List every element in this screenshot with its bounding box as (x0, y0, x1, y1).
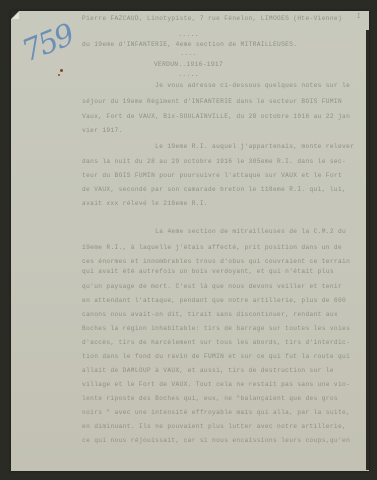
text-line: ces énormes et innombrables trous d'obus… (82, 258, 350, 266)
document-title: VERDUN..1916-1917 (0, 61, 377, 69)
unit-line: du 19eme d'INFANTERIE, 4eme section de M… (82, 41, 297, 49)
page-number: I (357, 13, 361, 20)
text-line: d'accès, tirs de harcèlement sur tous le… (82, 339, 350, 347)
text-line: de VAUX, secondé par son camarade breton… (82, 186, 346, 194)
text-line: Le 19eme R.I. auquel j'appartenais, mont… (82, 143, 354, 151)
text-line: teur du BOIS FUMIN pour poursuivre l'att… (82, 172, 342, 180)
text-line: 19eme R.I., à laquelle j'étais affecté, … (82, 244, 342, 252)
author-line: Pierre FAZCAUD, Linotypiste, 7 rue Fénel… (82, 15, 342, 23)
text-line: ce qui nous réjouissait, car si nous enc… (82, 437, 350, 445)
separator: ..... (0, 71, 377, 79)
text-line: tion dans le fond du ravin de FUMIN et s… (82, 353, 350, 361)
folded-corner (12, 12, 19, 19)
separator: ..... (0, 31, 377, 39)
text-line: canons nous avait-on dit, tirait sans di… (82, 311, 338, 319)
page-edge-shadow (366, 30, 369, 470)
text-line: allait de DAMLOUP à VAUX, et aussi, tirs… (82, 367, 334, 375)
text-line: Vaux, Fort de VAUX, Bix-SOULAINVILLE, du… (82, 113, 350, 121)
text-line: avait xxx rélevé le 218eme R.I. (82, 200, 208, 208)
text-line: qui avait été autrefois un bois verdoyan… (82, 268, 334, 276)
text-line: en attendant l'attaque, pendant que notr… (82, 297, 346, 305)
separator: .... (0, 50, 377, 58)
text-line: qu'un paysage de mort. C'est là que nous… (82, 283, 342, 291)
text-line: Boches la région inhabitable: tirs de ba… (82, 325, 350, 333)
text-line: noirs " avec une intensité effroyable ma… (82, 409, 350, 417)
text-line: La 4eme section de mitrailleuses de la C… (82, 228, 346, 236)
text-line: lente riposte des Boches qui, eux, ne "b… (82, 395, 338, 403)
text-line: séjour du 19eme Régiment d'INFANTERIE da… (82, 98, 342, 106)
text-line: Je vous adresse ci-dessous quelques note… (82, 82, 350, 90)
text-line: en diminuant. Ils ne pouvaient plus lutt… (82, 423, 346, 431)
text-line: village et le Fort de VAUX. Tout cela ne… (82, 381, 350, 389)
text-line: dans la nuit du 28 au 29 octobre 1916 le… (82, 158, 346, 166)
text-line: vier 1917. (82, 127, 123, 135)
